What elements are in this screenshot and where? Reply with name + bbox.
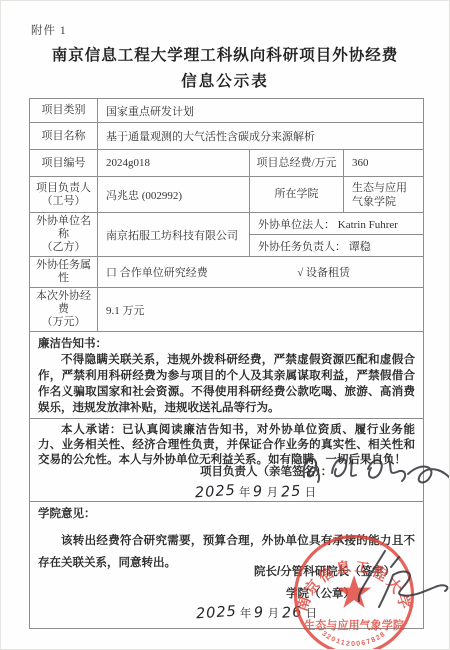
checkmark-glyph: √ <box>297 267 303 279</box>
partner-unit-value: 南京拓服工坊科技有限公司 <box>98 213 250 257</box>
college-label: 所在学院 <box>250 177 344 213</box>
project-category-label: 项目类别 <box>30 99 98 123</box>
cooperation-amount-label-line1: 本次外协经费 <box>36 290 91 315</box>
partner-legal-cell: 外协单位法人： Katrin Fuhrer <box>250 213 424 235</box>
college-opinion-cell: 学院意见： 该转出经费符合研究需要，预算合理，外协单位具有承接的能力且不存在关联… <box>30 502 424 629</box>
leader-signature <box>298 449 450 493</box>
commitment-cell: 本人承诺：已认真阅读廉洁告知书，对外协单位资质、履行业务能力、业务相关性、经济合… <box>30 419 424 502</box>
total-budget-value: 360 <box>344 150 424 177</box>
integrity-notice-body: 不得隐瞒关联关系，违规外拨科研经费，严禁虚假资源匹配和虚假合作，严禁利用科研经费… <box>38 352 415 416</box>
row-commitment: 本人承诺：已认真阅读廉洁告知书，对外协单位资质、履行业务能力、业务相关性、经济合… <box>30 419 424 502</box>
commitment-date-month: 9 <box>253 485 264 501</box>
project-leader-label: 项目负责人 （工号） <box>30 177 98 213</box>
task-leader-cell: 外协任务负责人： 谭稳 <box>250 235 424 257</box>
row-project-number: 项目编号 2024g018 项目总经费/万元 360 <box>30 150 424 177</box>
row-project-leader: 项目负责人 （工号） 冯兆忠 (002992) 所在学院 生态与应用气象学院 <box>30 177 424 213</box>
row-project-category: 项目类别 国家重点研发计划 <box>30 99 424 123</box>
opinion-date-year-unit: 年 <box>240 608 252 620</box>
commitment-date-day-unit: 日 <box>305 487 317 499</box>
total-budget-label: 项目总经费/万元 <box>250 150 344 177</box>
commitment-date: 2025年9月25日 <box>195 485 319 501</box>
partner-unit-label-line1: 外协单位名称 <box>36 215 91 240</box>
opinion-date-year: 2025 <box>195 604 237 623</box>
project-name-label: 项目名称 <box>30 123 98 150</box>
project-leader-label-line2: （工号） <box>42 195 86 207</box>
attachment-label: 附件 1 <box>31 22 67 38</box>
scanned-form-page: 附件 1 南京信息工程大学理工科纵向科研项目外协经费 信息公示表 项目类别 国家… <box>0 0 450 650</box>
form-table: 项目类别 国家重点研发计划 项目名称 基于通量观测的大气活性含碳成分来源解析 项… <box>29 98 424 629</box>
college-opinion-heading: 学院意见： <box>38 506 415 522</box>
integrity-notice-heading: 廉洁告知书： <box>38 336 415 352</box>
project-name-value: 基于通量观测的大气活性含碳成分来源解析 <box>98 123 424 150</box>
row-partner-unit: 外协单位名称 （乙方） 南京拓服工坊科技有限公司 外协单位法人： Katrin … <box>30 213 424 235</box>
integrity-notice-cell: 廉洁告知书： 不得隐瞒关联关系，违规外拨科研经费，严禁虚假资源匹配和虚假合作，严… <box>30 332 424 419</box>
project-category-value: 国家重点研发计划 <box>98 99 424 123</box>
task-attribute-option1: 合作单位研究经费 <box>120 267 208 279</box>
project-number-label: 项目编号 <box>30 150 98 177</box>
task-attribute-option2: 设备租赁 <box>306 267 350 279</box>
partner-unit-label: 外协单位名称 （乙方） <box>30 213 98 257</box>
college-value: 生态与应用气象学院 <box>344 177 424 213</box>
row-college-opinion: 学院意见： 该转出经费符合研究需要，预算合理，外协单位具有承接的能力且不存在关联… <box>30 502 424 629</box>
project-number-value: 2024g018 <box>98 150 250 177</box>
title-line-1: 南京信息工程大学理工科纵向科研项目外协经费 <box>1 44 449 68</box>
task-attribute-label: 外协任务属性 <box>30 257 98 288</box>
opinion-date-month-unit: 月 <box>268 608 280 620</box>
seal-number-text: 3201120067828 <box>320 630 387 648</box>
commitment-date-month-unit: 月 <box>267 487 279 499</box>
commitment-date-year: 2025 <box>195 484 237 502</box>
commitment-date-day: 25 <box>281 484 302 500</box>
row-cooperation-amount: 本次外协经费 （万元） 9.1 万元 <box>30 288 424 332</box>
seal-college-text: 生态与应用气象学院 <box>304 618 404 632</box>
task-attribute-value: 口 合作单位研究经费 √ 设备租赁 <box>98 257 424 288</box>
checkbox-unchecked-glyph: 口 <box>106 267 117 279</box>
project-leader-label-line1: 项目负责人 <box>36 182 91 194</box>
commitment-date-year-unit: 年 <box>239 487 251 499</box>
project-leader-value: 冯兆忠 (002992) <box>98 177 250 213</box>
cooperation-amount-label-line2: （万元） <box>42 316 86 328</box>
opinion-date-month: 9 <box>254 605 265 622</box>
task-leader-label: 外协任务负责人： <box>258 241 346 253</box>
row-task-attribute: 外协任务属性 口 合作单位研究经费 √ 设备租赁 <box>30 257 424 288</box>
cooperation-amount-value: 9.1 万元 <box>98 288 424 332</box>
row-project-name: 项目名称 基于通量观测的大气活性含碳成分来源解析 <box>30 123 424 150</box>
document-title: 南京信息工程大学理工科纵向科研项目外协经费 信息公示表 <box>1 44 449 95</box>
partner-legal-label: 外协单位法人： <box>258 219 335 231</box>
partner-unit-label-line2: （乙方） <box>42 241 86 253</box>
cooperation-amount-label: 本次外协经费 （万元） <box>30 288 98 332</box>
title-line-2: 信息公示表 <box>1 68 449 95</box>
task-leader-value: 谭稳 <box>349 241 371 253</box>
row-integrity-notice: 廉洁告知书： 不得隐瞒关联关系，违规外拨科研经费，严禁虚假资源匹配和虚假合作，严… <box>30 332 424 419</box>
partner-legal-value: Katrin Fuhrer <box>338 219 398 231</box>
dean-signature <box>355 547 450 611</box>
